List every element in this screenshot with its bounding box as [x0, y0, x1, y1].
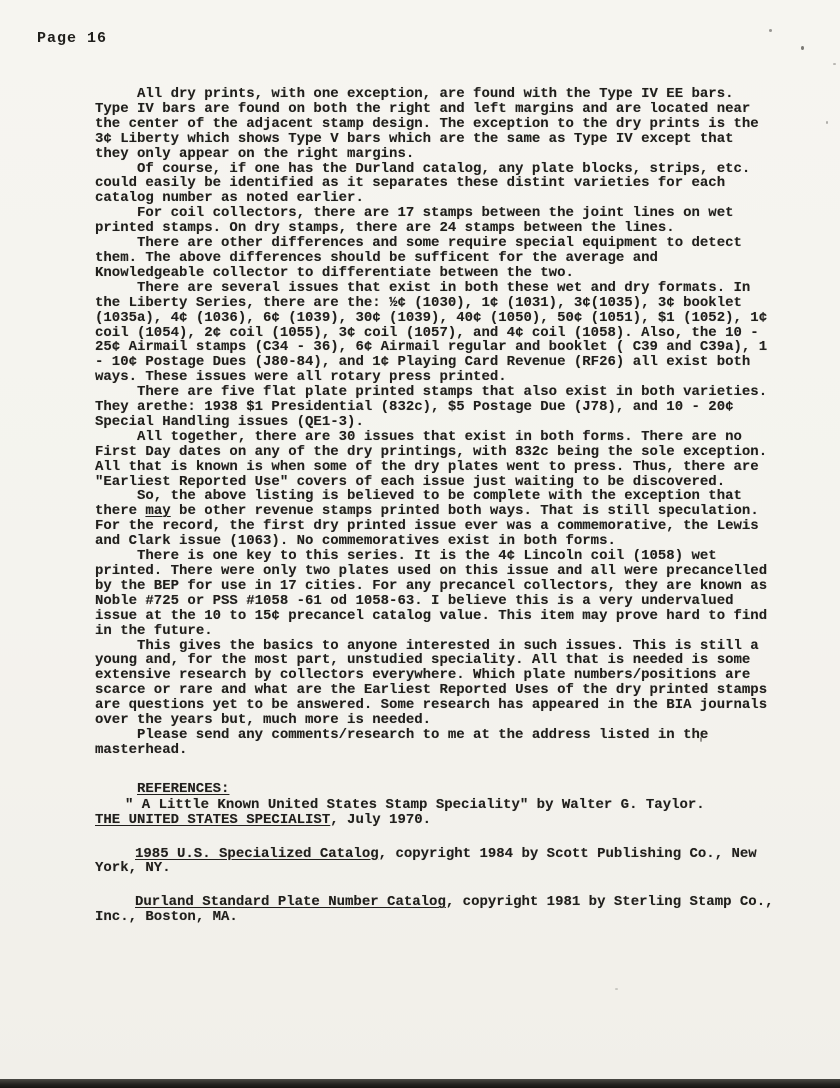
paragraph-lincoln-coil-key: There is one key to this series. It is t…	[95, 549, 775, 638]
scan-speck	[826, 121, 828, 124]
scan-bottom-edge	[0, 1079, 840, 1088]
underlined-word-may: may	[145, 503, 170, 519]
paragraph-research-needed: This gives the basics to anyone interest…	[95, 639, 775, 728]
scan-speck	[801, 46, 804, 50]
references-heading: REFERENCES:	[95, 782, 775, 797]
paragraph-other-differences: There are other differences and some req…	[95, 236, 775, 281]
scan-speck	[833, 63, 836, 65]
reference-specialist-title: THE UNITED STATES SPECIALIST	[95, 812, 330, 828]
page-number: Page 16	[37, 30, 107, 47]
reference-taylor-article: " A Little Known United States Stamp Spe…	[95, 798, 775, 828]
scan-speck	[500, 257, 503, 259]
reference-durland-title: Durland Standard Plate Number Catalog	[135, 894, 446, 910]
reference-scott-title: 1985 U.S. Specialized Catalog	[135, 846, 379, 862]
paragraph-send-comments: Please send any comments/research to me …	[95, 728, 775, 758]
scanned-document-page: Page 16 All dry prints, with one excepti…	[0, 0, 840, 1088]
scan-speck	[769, 29, 772, 32]
reference-scott-catalog: 1985 U.S. Specialized Catalog, copyright…	[95, 847, 775, 877]
paragraph-liberty-series-issues: There are several issues that exist in b…	[95, 281, 775, 385]
reference-taylor-text: " A Little Known United States Stamp Spe…	[125, 797, 705, 813]
paragraph-speculation-post: be other revenue stamps printed both way…	[95, 503, 759, 549]
references-section: REFERENCES: " A Little Known United Stat…	[95, 782, 775, 925]
document-body: All dry prints, with one exception, are …	[95, 87, 775, 925]
paragraph-coil-collectors: For coil collectors, there are 17 stamps…	[95, 206, 775, 236]
paragraph-dry-prints: All dry prints, with one exception, are …	[95, 87, 775, 162]
paragraph-speculation: So, the above listing is believed to be …	[95, 489, 775, 549]
reference-durland-catalog: Durland Standard Plate Number Catalog, c…	[95, 895, 775, 925]
paragraph-thirty-issues: All together, there are 30 issues that e…	[95, 430, 775, 490]
reference-specialist-date: , July 1970.	[330, 812, 431, 828]
scan-speck	[615, 988, 618, 990]
paragraph-durland-catalog: Of course, if one has the Durland catalo…	[95, 162, 775, 207]
scan-speck	[700, 737, 702, 742]
paragraph-flat-plate-stamps: There are five flat plate printed stamps…	[95, 385, 775, 430]
